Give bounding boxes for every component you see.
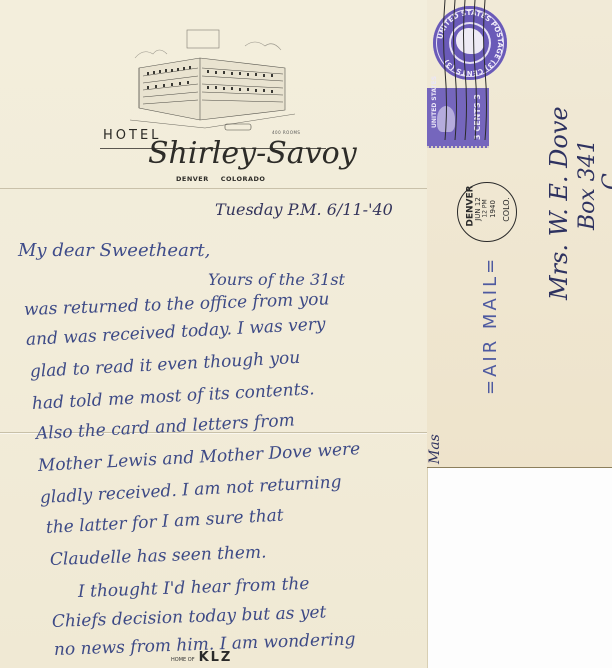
- letter-line: Chiefs decision today but as yet: [52, 602, 327, 632]
- stamp-country: UNITED STATES: [431, 76, 438, 128]
- letterhead-footer: HOME OFKLZ: [171, 650, 232, 665]
- letter-line: had told me most of its contents.: [31, 379, 315, 414]
- margin-note: Mas: [427, 434, 443, 464]
- footer-prefix: HOME OF: [171, 657, 195, 663]
- letter-line: Also the card and letters from: [35, 410, 295, 444]
- letterhead-rooms-note: 400 ROOMS: [272, 130, 300, 135]
- letter-line: gladly received. I am not returning: [39, 472, 341, 508]
- hotel-building-illustration: [125, 28, 300, 138]
- envelope: UNITED STATES POSTAGE (3) CENTS (3) UNIT…: [427, 0, 612, 468]
- airmail-label: =AIR MAIL=: [480, 256, 501, 395]
- letter-greeting: My dear Sweetheart,: [18, 240, 210, 261]
- fold-line: [0, 188, 427, 189]
- addressee-name: Mrs. W. E. Dove: [545, 106, 573, 300]
- postmark-year: 1940: [489, 200, 497, 218]
- letter-line: was returned to the office from you: [24, 289, 330, 320]
- letter-sheet: HOTEL 400 ROOMS Shirley-Savoy DENVERCOLO…: [0, 0, 428, 668]
- letterhead-hotel-name: Shirley-Savoy: [148, 136, 357, 171]
- address-box: Box 341: [575, 139, 600, 230]
- letter-line: glad to read it even though you: [29, 348, 300, 382]
- letterhead-city: DENVER: [176, 175, 209, 183]
- letter-line: Yours of the 31st: [208, 270, 345, 289]
- footer-station: KLZ: [199, 650, 233, 665]
- postmark-state: COLO.: [502, 197, 511, 222]
- letter-line: and was received today. I was very: [25, 314, 326, 350]
- letter-date: Tuesday P.M. 6/11-'40: [215, 200, 393, 219]
- letter-line: Mother Lewis and Mother Dove were: [37, 439, 360, 476]
- letter-line: the latter for I am sure that: [45, 506, 284, 538]
- letter-line: I thought I'd hear from the: [78, 574, 310, 602]
- postmark-date: JUN 12: [474, 197, 482, 221]
- letterhead-state: COLORADO: [221, 175, 266, 183]
- postmark: DENVER JUN 12 12 PM 1940 COLO.: [457, 182, 517, 242]
- address-city: C...: [599, 153, 612, 190]
- letterhead-location: DENVERCOLORADO: [176, 175, 277, 183]
- letter-line: Claudelle has seen them.: [50, 542, 267, 570]
- cancellation-lines: [441, 0, 501, 140]
- postmark-time: 12 PM: [482, 199, 489, 217]
